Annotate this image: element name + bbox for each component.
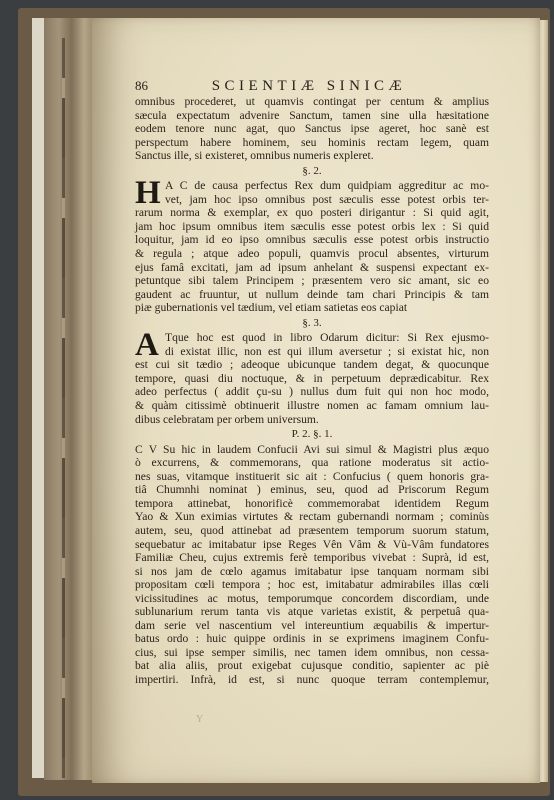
page-block-edge: [44, 18, 94, 780]
section-heading: P. 2. §. 1.: [135, 428, 489, 442]
text-line: propositam cœli tempora ; hoc est, imita…: [135, 578, 489, 592]
text-line: ò excurrens, & commemorans, qua ratione …: [135, 456, 489, 470]
text-line: vet, jam hoc ipso omnibus post sæculis e…: [135, 193, 489, 207]
text-line: dam serie vel nascentium vel intereuntiu…: [135, 619, 489, 633]
drop-cap-letter: H: [135, 179, 161, 207]
text-line: impertiri. Infrà, id est, si nunc quoque…: [135, 673, 489, 687]
text-line: est cui sit tædio ; adeoque ubicunque ta…: [135, 358, 489, 372]
text-line: adeo perfectus ( addit çu-su ) nullus du…: [135, 385, 489, 399]
section-heading: §. 2.: [135, 165, 489, 179]
paragraph-3: C V Su hic in laudem Confucii Avi sui si…: [135, 443, 489, 687]
text-line: perspectum habere hominem, seu hominis r…: [135, 136, 489, 150]
text-line: A C de causa perfectus Rex dum quidpiam …: [135, 179, 489, 193]
text-line: piæ gubernationis vel tædium, vel etiam …: [135, 301, 489, 315]
text-line: Yao & Xun eximias virtutes & rectam gube…: [135, 510, 489, 524]
text-line: & regula ; atque adeo populi, quamvis pr…: [135, 247, 489, 261]
drop-cap-letter: A: [135, 331, 159, 359]
text-line: sæcula expectatum advenire Sanctum, tame…: [135, 109, 489, 123]
text-line: autem, seu, quod attinebat ad præsentem …: [135, 524, 489, 538]
text-line: Familiæ Cheu, cujus extremis ferè tempor…: [135, 551, 489, 565]
text-line: & quàm citissimè obtinuerit illustre nom…: [135, 399, 489, 413]
text-line: bat alia aliis, prout exigebat cujusque …: [135, 659, 489, 673]
page-number: 86: [135, 79, 169, 93]
text-line: Tque hoc est quod in libro Odarum dicitu…: [135, 331, 489, 345]
text-line: dibus celebratam per orbem universum.: [135, 413, 489, 427]
text-line: eodem tenore nunc agat, quo Sanctus ipse…: [135, 122, 489, 136]
section-heading: §. 3.: [135, 317, 489, 331]
text-line: vicissitudines ac motus, temporumque con…: [135, 592, 489, 606]
text-line: di existat illic, non est qui illum aver…: [135, 345, 489, 359]
signature-mark: Y: [196, 714, 203, 725]
text-line: batus ordo : huic quippe ordinis in se e…: [135, 632, 489, 646]
text-line: C V Su hic in laudem Confucii Avi sui si…: [135, 443, 489, 457]
running-head-title: SCIENTIÆ SINICÆ: [169, 80, 449, 94]
text-line: ejus famâ excitati, jam ad ipsum anhelan…: [135, 261, 489, 275]
text-line: gaudent ac fruuntur, ut nullum deinde ta…: [135, 288, 489, 302]
paragraph-1: H A C de causa perfectus Rex dum quidpia…: [135, 179, 489, 314]
paragraph-2: A Tque hoc est quod in libro Odarum dici…: [135, 331, 489, 426]
text-line: sequebatur ac imitabatur ipse Reges Vên …: [135, 538, 489, 552]
text-block: 86 SCIENTIÆ SINICÆ omnibus procederet, u…: [135, 79, 489, 687]
text-line: si nos jam de cœlo agamus imitabatur ips…: [135, 565, 489, 579]
text-line: tempore, quasi diu noctuque, & in perpet…: [135, 372, 489, 386]
text-line: tempora attinebat, honorificè commemorab…: [135, 497, 489, 511]
text-line: omnibus procederet, ut quamvis contingat…: [135, 95, 489, 109]
text-line: cius, sui ipse semper similis, nec tamen…: [135, 646, 489, 660]
paragraph-0: omnibus procederet, ut quamvis contingat…: [135, 95, 489, 163]
book-page: 86 SCIENTIÆ SINICÆ omnibus procederet, u…: [92, 18, 540, 783]
text-line: rarum norma & exemplar, ex quo posteri d…: [135, 206, 489, 220]
text-line: loquitur, jam id eo ipso omnibus sæculis…: [135, 233, 489, 247]
text-line: jam hoc ipsum omnibus item sæculis esse …: [135, 220, 489, 234]
text-line: Sanctus ille, si existeret, omnibus nume…: [135, 149, 489, 163]
text-line: petuntque sibi talem Principem ; præsent…: [135, 274, 489, 288]
running-head: 86 SCIENTIÆ SINICÆ: [135, 79, 489, 95]
text-line: sublunarium rerum tanta vis atque variet…: [135, 605, 489, 619]
text-line: nes suas, vitamque instituerit sic ait :…: [135, 470, 489, 484]
text-line: tiâ Chumnhi nominat ) eminus, seu, quod …: [135, 483, 489, 497]
